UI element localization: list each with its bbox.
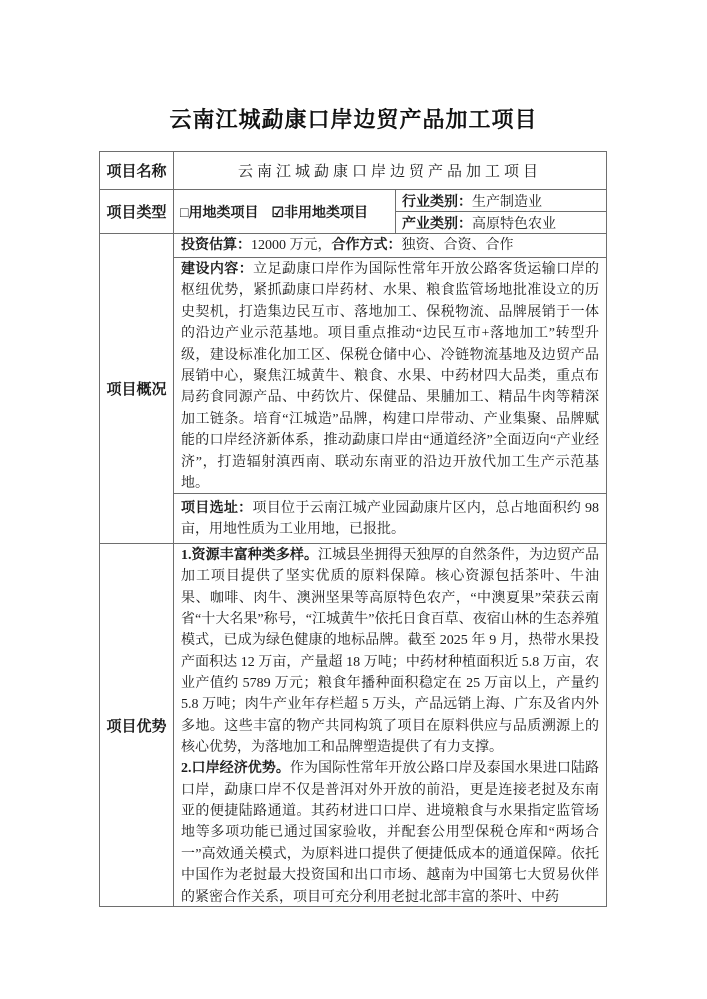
investment-cell: 投资估算：12000 万元，合作方式：独资、合资、合作 [174,234,606,257]
category-cells: 行业类别：生产制造业 产业类别：高原特色农业 [396,190,606,233]
non-land-project-option: ☑非用地类项目 [271,202,368,222]
document-page: 云南江城勐康口岸边贸产品加工项目 项目名称 云南江城勐康口岸边贸产品加工项目 项… [0,0,707,999]
project-overview-row: 项目概况 投资估算：12000 万元，合作方式：独资、合资、合作 建设内容：立足… [100,233,606,543]
project-name-value: 云南江城勐康口岸边贸产品加工项目 [174,152,606,189]
non-land-option-label: 非用地类项目 [284,206,368,221]
project-overview-label: 项目概况 [100,234,174,543]
project-info-table: 项目名称 云南江城勐康口岸边贸产品加工项目 项目类型 □用地类项目 ☑非用地类项… [99,151,607,907]
cooperation-label: 合作方式： [332,235,402,256]
project-type-label: 项目类型 [100,190,174,233]
sector-category-value: 高原特色农业 [472,213,556,233]
construction-label: 建设内容： [181,262,253,277]
industry-category-label: 行业类别： [402,191,472,211]
investment-value: 12000 万元， [251,235,332,256]
investment-label: 投资估算： [181,235,251,256]
project-type-options: □用地类项目 ☑非用地类项目 [174,190,396,233]
advantage-1-text: 江城县坐拥得天独厚的自然条件，为边贸产品加工项目提供了坚实优质的原料保障。核心资… [181,548,599,755]
project-name-label: 项目名称 [100,152,174,189]
document-title: 云南江城勐康口岸边贸产品加工项目 [0,103,707,134]
land-option-label: 用地类项目 [188,206,258,221]
checkbox-checked-icon: ☑ [271,206,284,221]
advantage-2-text: 作为国际性常年开放公路口岸及泰国水果进口陆路口岸，勐康口岸不仅是普洱对外开放的前… [181,761,599,904]
advantage-2-label: 2.口岸经济优势。 [181,761,290,776]
site-selection-cell: 项目选址：项目位于云南江城产业园勐康片区内，总占地面积约 98 亩，用地性质为工… [174,493,606,543]
project-overview-content: 投资估算：12000 万元，合作方式：独资、合资、合作 建设内容：立足勐康口岸作… [174,234,606,543]
construction-content-cell: 建设内容：立足勐康口岸作为国际性常年开放公路客货运输口岸的枢纽优势，紧抓勐康口岸… [174,257,606,493]
cooperation-value: 独资、合资、合作 [402,235,514,256]
advantage-item-2: 2.口岸经济优势。作为国际性常年开放公路口岸及泰国水果进口陆路口岸，勐康口岸不仅… [181,758,599,906]
land-project-option: □用地类项目 [180,202,258,222]
site-label: 项目选址： [181,501,252,516]
advantage-1-label: 1.资源丰富种类多样。 [181,548,318,563]
project-advantages-label: 项目优势 [100,544,174,906]
sector-category-cell: 产业类别：高原特色农业 [396,211,606,233]
project-advantages-content: 1.资源丰富种类多样。江城县坐拥得天独厚的自然条件，为边贸产品加工项目提供了坚实… [174,544,606,906]
advantage-item-1: 1.资源丰富种类多样。江城县坐拥得天独厚的自然条件，为边贸产品加工项目提供了坚实… [181,545,599,758]
project-advantages-row: 项目优势 1.资源丰富种类多样。江城县坐拥得天独厚的自然条件，为边贸产品加工项目… [100,543,606,906]
construction-text: 立足勐康口岸作为国际性常年开放公路客货运输口岸的枢纽优势，紧抓勐康口岸药材、水果… [181,262,599,491]
project-type-row: 项目类型 □用地类项目 ☑非用地类项目 行业类别：生产制造业 产业类别：高原特色… [100,189,606,233]
project-name-row: 项目名称 云南江城勐康口岸边贸产品加工项目 [100,152,606,189]
industry-category-cell: 行业类别：生产制造业 [396,190,606,211]
industry-category-value: 生产制造业 [472,191,542,211]
sector-category-label: 产业类别： [402,213,472,233]
